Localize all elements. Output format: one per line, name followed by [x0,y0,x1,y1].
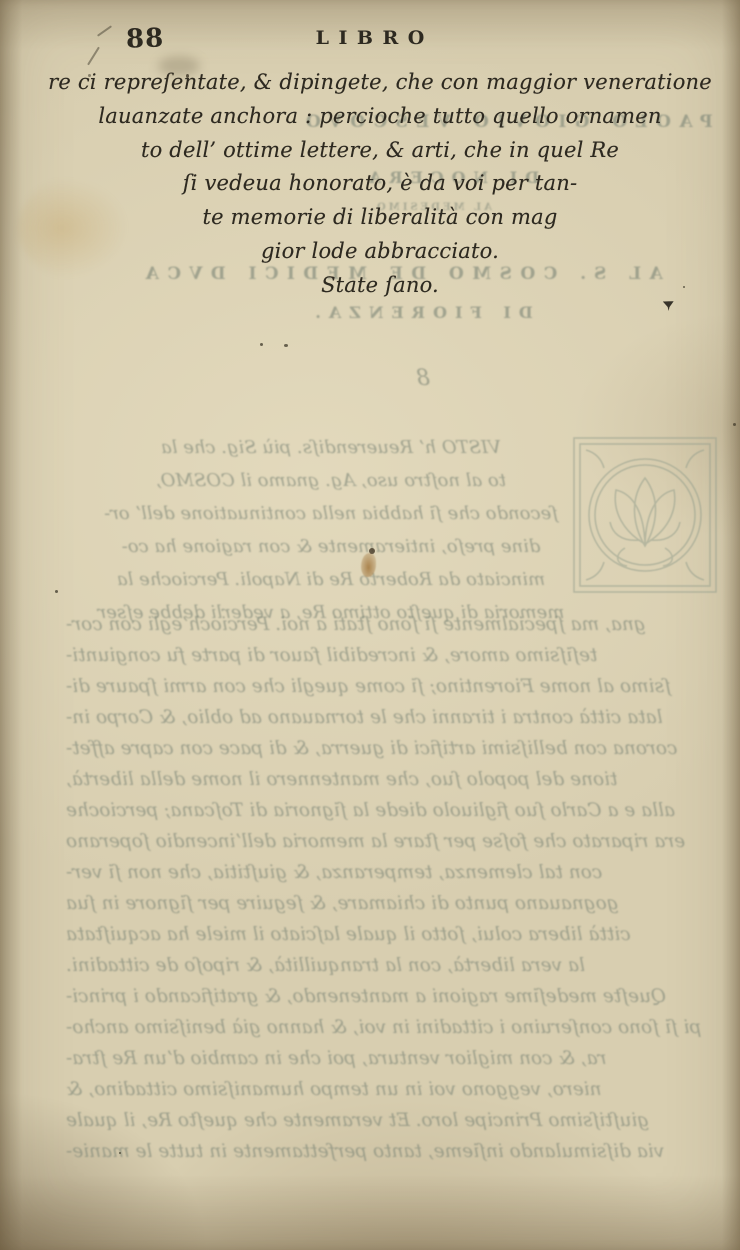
letter-line: lauanzate anchora : percioche tutto quel… [22,100,738,134]
bleed-opening-block: VISTO h’ Reuerendiſs. più Sig. che la to… [92,431,570,629]
letter-line: ſi vedeua honorato, è da voi per tan- [22,167,738,201]
bleed-body-line: corona con belliſsimi artifici di guerra… [66,733,714,764]
bleed-body-line: Queſte medeſime ragioni a mantenendo, & … [66,981,714,1012]
bleed-header-place: DI FIORENZA. [158,303,682,322]
bleed-body-line: lata città contra i tiranni che le torna… [66,702,714,733]
bleed-body-line: teſiſsimo amore, & incredibil fauor di p… [66,640,714,671]
floral-woodcut-ornament-icon [572,436,718,594]
stain-yellow-left-margin [18,178,128,278]
bleed-body-line: niero, veggono voi in un tempo humaniſsi… [66,1074,714,1105]
bleed-body-line: ra, & con miglior ventura, poi che in ca… [66,1043,714,1074]
letter-line: State ſano. [22,269,738,303]
letter-closing-block: re ci repreſentate, & dipingete, che con… [22,66,738,303]
bleed-opening-line: minciato da Roberto Re di Napoli. Percio… [92,563,570,596]
bleed-page-mark: 8 [416,366,430,391]
bleed-body-line: era riparato che foſse per ſtare la memo… [66,826,714,857]
bleed-opening-line: to al noſtro uso, Ag. gnamo il COSMO, [92,464,570,497]
page-edge-shadow [722,0,740,1250]
bleed-opening-line: dine preſo, intieramente & con ragione h… [92,530,570,563]
bleed-opening-line: VISTO h’ Reuerendiſs. più Sig. che la [92,431,570,464]
paper-speck [119,1152,121,1154]
letter-line: gior lode abbracciato. [22,235,738,269]
paper-speck [186,74,189,78]
bleed-body-line: via diſsimulando inſieme, tanto perfetta… [66,1136,714,1167]
bleed-body-line: pi ſi ſono conſeruino i cittadini in voi… [66,1012,714,1043]
letter-line: re ci repreſentate, & dipingete, che con… [22,66,738,100]
bleed-body-block: gna, ma ſpecialmente ſi ſono ſtati a noi… [66,609,714,1167]
bleed-body-line: gognauano punto di chiamare, & ſeguire p… [66,888,714,919]
stain-dark-speck [369,548,375,554]
bleed-body-line: tione del popolo ſuo, che mantennero il … [66,764,714,795]
bleed-body-line: la vera libertà, con la tranquillità, & … [66,950,714,981]
smudge-near-folio [158,56,200,76]
paper-speck [683,286,685,288]
bleed-body-line: con tal clemenza, temperanza, & giuſtiti… [66,857,714,888]
letter-line: to dell’ ottime lettere, & arti, che in … [22,134,738,168]
paper-speck [55,590,58,593]
pencil-mark-2 [87,47,100,66]
bleed-body-line: giuſtiſsimo Principe loro. Et veramente … [66,1105,714,1136]
running-header: LIBRO [97,27,643,49]
bleed-body-line: alla e a Carlo ſuo figliuolo diede la ſi… [66,795,714,826]
pencil-dot [88,74,91,77]
paper-speck [260,343,263,346]
letter-line: te memorie di liberalità con mag [22,201,738,235]
bleed-body-line: ſsimo al nome Fiorentino; ſi come quegli… [66,671,714,702]
page-scan: PAOLO GIOVIO VESCOVO DI NOCERA AL MEDESI… [0,0,740,1250]
bleed-body-line: gna, ma ſpecialmente ſi ſono ſtati a noi… [66,609,714,640]
paper-speck [284,344,288,347]
bleed-opening-line: ſecondo che ſi habbia nella continuation… [92,497,570,530]
bleed-body-line: città libera colui, ſotto il quale laſci… [66,919,714,950]
